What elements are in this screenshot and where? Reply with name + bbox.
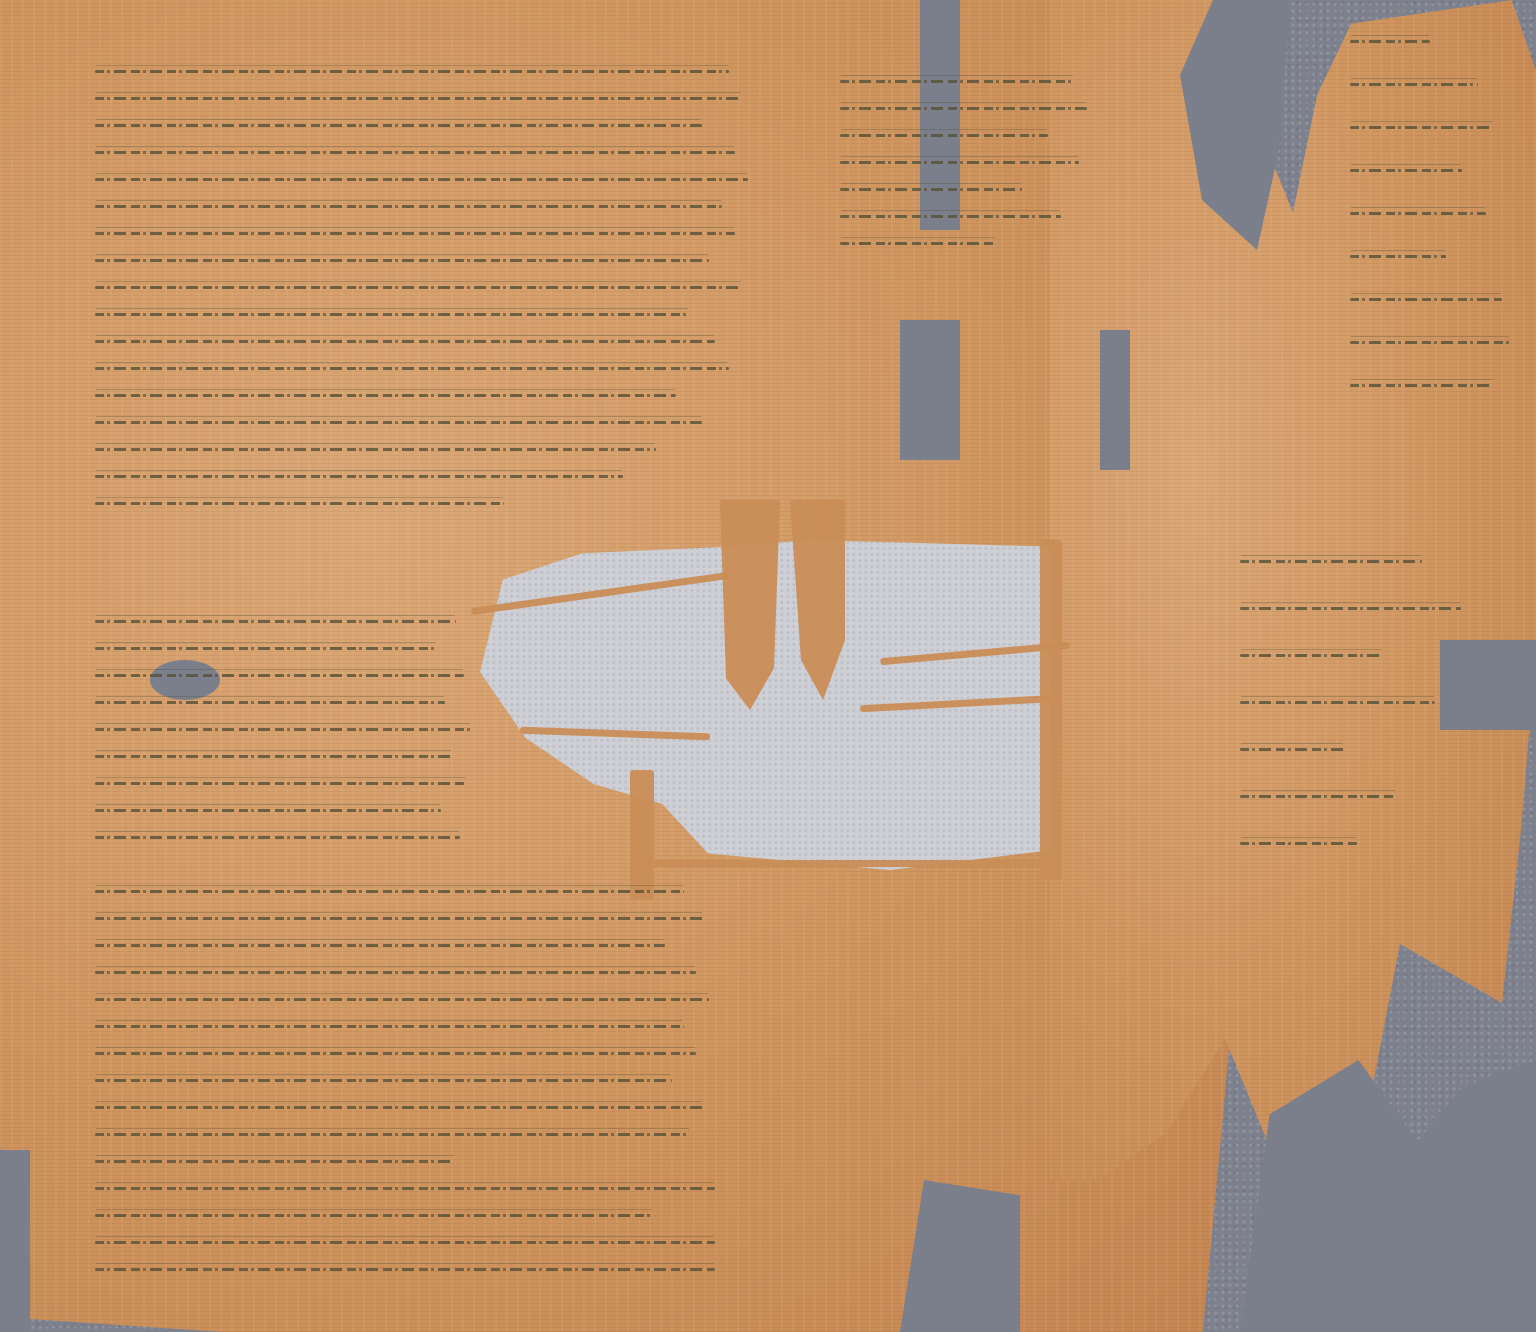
- vertical-fiber-strip: [630, 770, 654, 900]
- right-column-text-upper: [1350, 40, 1510, 427]
- middle-column-text: [840, 80, 1100, 269]
- papyrus-photograph: Photograph of a damaged ancient papyrus …: [0, 0, 1536, 1332]
- right-column-text-lower: [1240, 560, 1500, 889]
- loss-middle: [900, 320, 960, 460]
- loose-fiber: [640, 860, 1060, 867]
- left-column-text-middle: [95, 620, 475, 863]
- vertical-fiber-strip: [1040, 540, 1062, 880]
- left-column-text-upper: [95, 70, 755, 529]
- loss-right-middle: [1100, 330, 1130, 470]
- loss-bottom-left: [0, 1150, 30, 1332]
- left-column-text-lower: [95, 890, 715, 1295]
